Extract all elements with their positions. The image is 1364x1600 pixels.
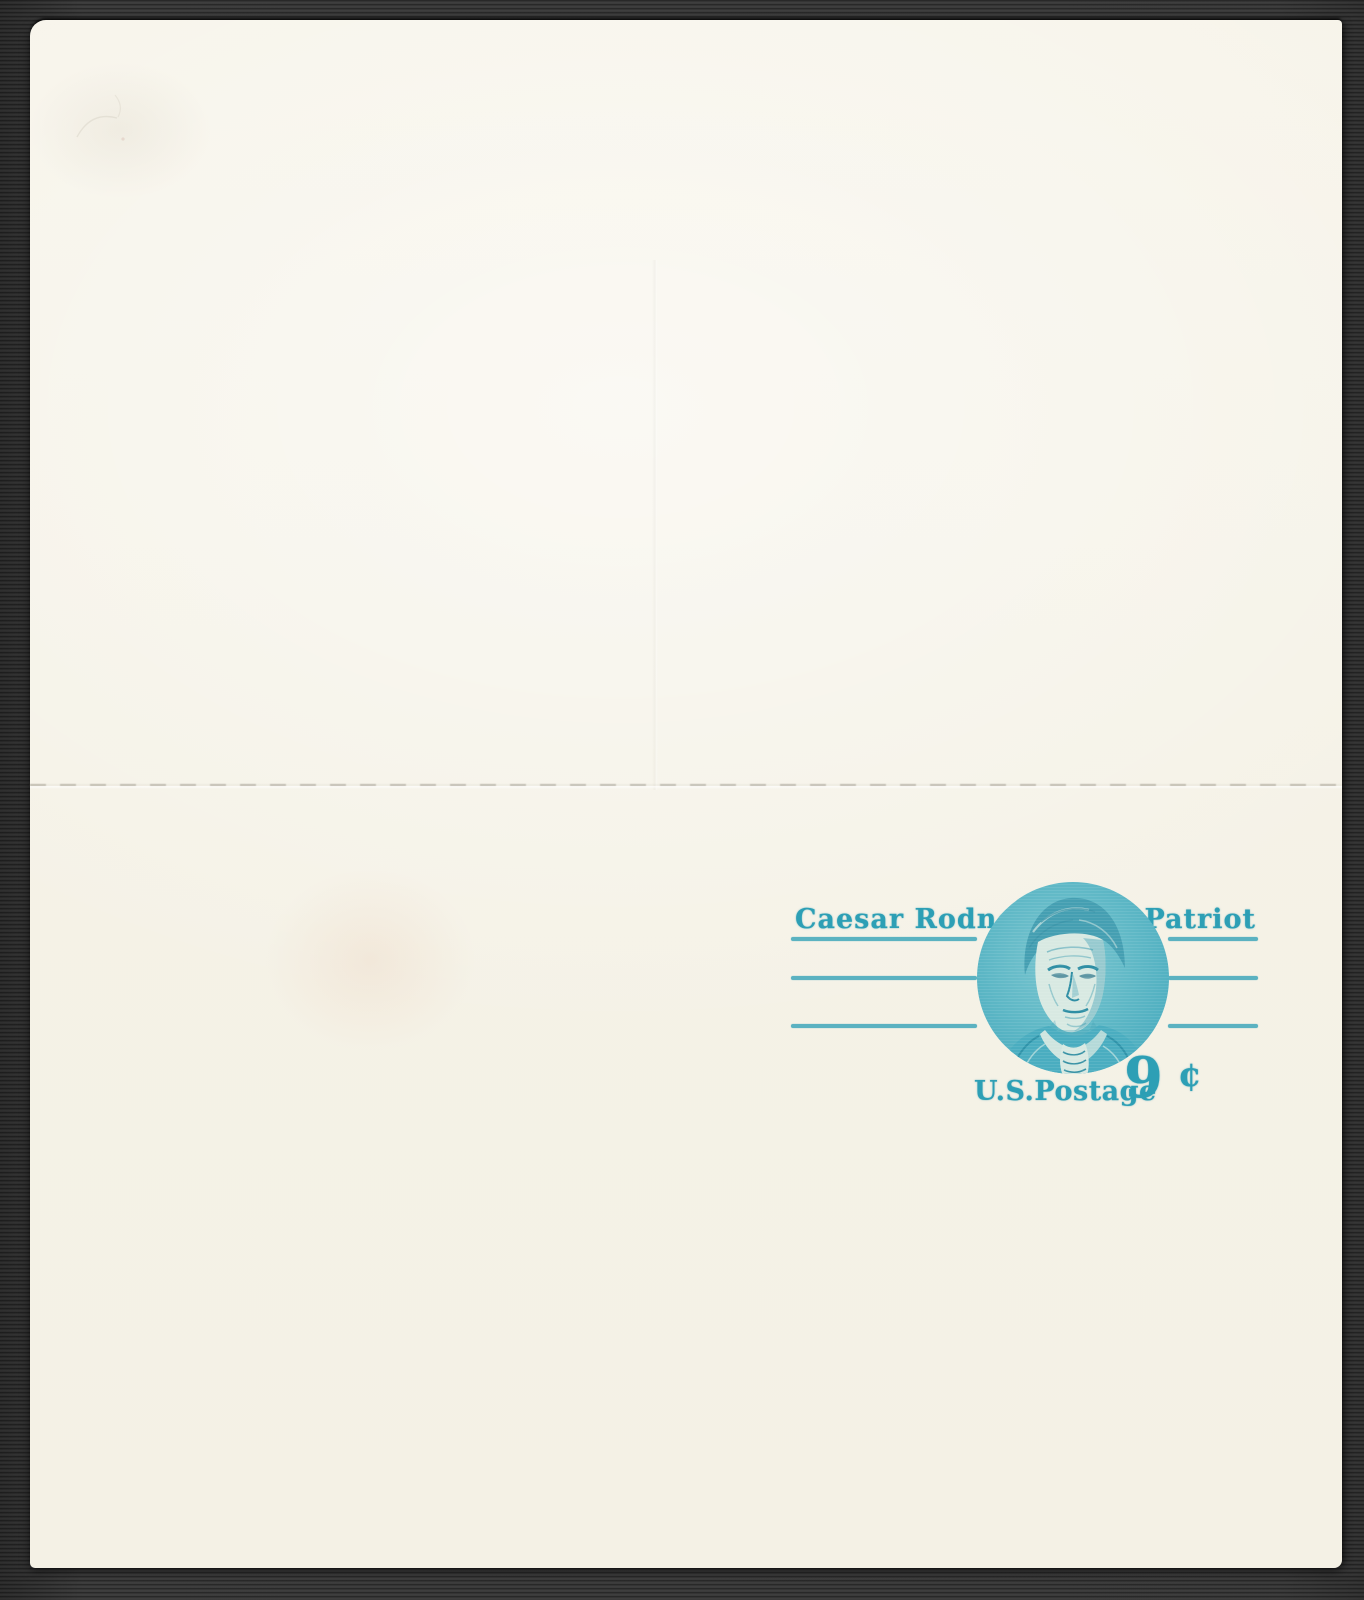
postage-label: U.S.Postage: [974, 1076, 1157, 1107]
postal-card: Caesar Rodney Patriot: [30, 20, 1342, 1568]
portrait-icon: [975, 880, 1171, 1076]
stamp-name-label: Caesar Rodney: [795, 904, 1032, 935]
paper-crease: [652, 260, 658, 790]
cent-sign: ¢: [1178, 1058, 1202, 1092]
fold-highlight: [30, 786, 1342, 789]
stamp-title-label: Patriot: [1144, 904, 1256, 935]
stamp-rule-left-1: [791, 937, 977, 941]
pencil-marks: [65, 75, 185, 165]
stamp-indicia: Caesar Rodney Patriot: [30, 20, 1342, 1568]
photo-background: Caesar Rodney Patriot: [0, 0, 1364, 1600]
stamp-rule-right-1: [1168, 937, 1258, 941]
stamp-rule-left-3: [791, 1024, 977, 1028]
stamp-rule-right-3: [1168, 1024, 1258, 1028]
fold-line: [30, 784, 1342, 790]
stamp-rule-left-2: [791, 976, 977, 980]
stamp-rule-right-2: [1168, 976, 1258, 980]
denomination-value: 9: [1124, 1050, 1163, 1106]
